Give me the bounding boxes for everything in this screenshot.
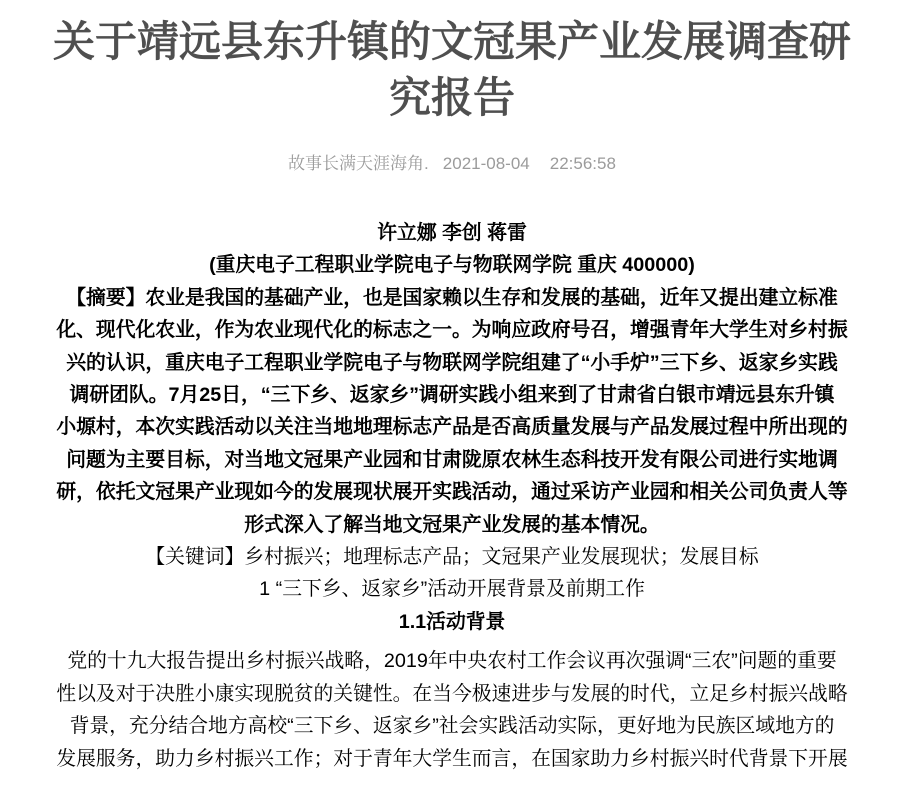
- authors-line: 许立娜 李创 蒋雷: [52, 217, 852, 249]
- byline: 故事长满天涯海角.2021-08-0422:56:58: [52, 152, 852, 176]
- affiliation-line: (重庆电子工程职业学院电子与物联网学院 重庆 400000): [52, 249, 852, 281]
- article-body: 许立娜 李创 蒋雷 (重庆电子工程职业学院电子与物联网学院 重庆 400000)…: [52, 217, 852, 775]
- section-1-heading: 1 “三下乡、返家乡”活动开展背景及前期工作: [52, 573, 852, 605]
- abstract-line: 调研团队。7月25日，“三下乡、返家乡”调研实践小组来到了甘肃省白银市靖远县东升…: [52, 379, 852, 411]
- byline-time: 22:56:58: [550, 154, 616, 173]
- title-line-2: 究报告: [52, 70, 852, 126]
- background-line: 性以及对于决胜小康实现脱贫的关键性。在当今极速进步与发展的时代，立足乡村振兴战略: [52, 678, 852, 710]
- background-paragraph: 党的十九大报告提出乡村振兴战略，2019年中央农村工作会议再次强调“三农”问题的…: [52, 645, 852, 775]
- abstract-line: 小塬村，本次实践活动以关注当地地理标志产品是否高质量发展与产品发展过程中所出现的: [52, 411, 852, 443]
- abstract-line: 问题为主要目标，对当地文冠果产业园和甘肃陇原农林生态科技开发有限公司进行实地调: [52, 444, 852, 476]
- abstract-line: 【摘要】农业是我国的基础产业，也是国家赖以生存和发展的基础，近年又提出建立标准: [52, 282, 852, 314]
- abstract-line: 形式深入了解当地文冠果产业发展的基本情况。: [52, 509, 852, 541]
- background-line: 党的十九大报告提出乡村振兴战略，2019年中央农村工作会议再次强调“三农”问题的…: [52, 645, 852, 677]
- byline-date: 2021-08-04: [443, 154, 530, 173]
- abstract-line: 化、现代化农业，作为农业现代化的标志之一。为响应政府号召，增强青年大学生对乡村振: [52, 314, 852, 346]
- abstract-line: 兴的认识，重庆电子工程职业学院电子与物联网学院组建了“小手炉”三下乡、返家乡实践: [52, 347, 852, 379]
- article-title: 关于靖远县东升镇的文冠果产业发展调查研 究报告: [52, 14, 852, 126]
- background-line: 背景，充分结合地方高校“三下乡、返家乡”社会实践活动实际，更好地为民族区域地方的: [52, 710, 852, 742]
- title-line-1: 关于靖远县东升镇的文冠果产业发展调查研: [52, 14, 852, 70]
- abstract-line: 研，依托文冠果产业现如今的发展现状展开实践活动，通过采访产业园和相关公司负责人等: [52, 476, 852, 508]
- keywords-line: 【关键词】乡村振兴；地理标志产品；文冠果产业发展现状；发展目标: [52, 541, 852, 573]
- byline-author[interactable]: 故事长满天涯海角.: [288, 154, 429, 173]
- article-page: 关于靖远县东升镇的文冠果产业发展调查研 究报告 故事长满天涯海角.2021-08…: [0, 0, 904, 785]
- section-1-1-heading: 1.1活动背景: [52, 606, 852, 638]
- background-line: 发展服务，助力乡村振兴工作；对于青年大学生而言，在国家助力乡村振兴时代背景下开展: [52, 743, 852, 775]
